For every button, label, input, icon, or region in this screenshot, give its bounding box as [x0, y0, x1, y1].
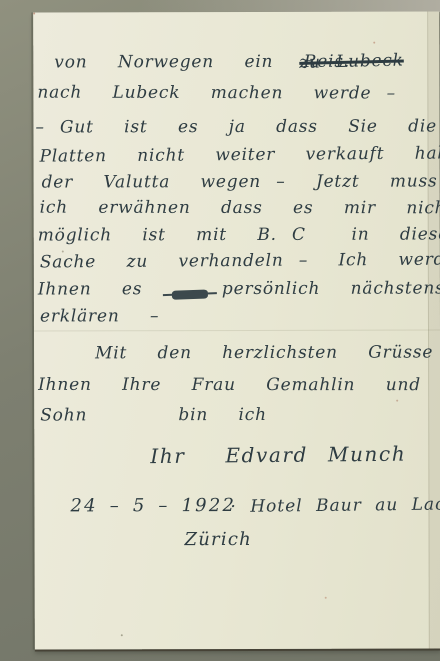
letter-paper: von Norwegen ein Reis. zu Lubeck nach Lu… [33, 11, 440, 649]
letter-line: der Valutta wegen – Jetzt muss [42, 172, 438, 192]
signature: Ihr Edvard Munch [150, 443, 406, 467]
letter-line: ich erwähnen dass es mir nicht [40, 199, 440, 218]
struck-out-text: zu Lubeck [299, 51, 404, 72]
scribbled-out-word [172, 289, 208, 299]
letter-line: Platten nicht weiter verkauft haben [39, 144, 440, 166]
paper-speck [33, 13, 35, 15]
hotel-line: · Hotel Baur au Lac [230, 496, 440, 517]
closing-line: Ihnen Ihre Frau Gemahlin und [38, 376, 421, 395]
letter-line: – Gut ist es ja dass Sie die [35, 117, 437, 137]
date-line: 24 – 5 – 1922 [70, 496, 236, 516]
closing-line: Sohn bin ich [40, 406, 267, 425]
letter-line: Sache zu verhandeln – Ich werde [40, 251, 440, 273]
letter-line: Ihnen es [38, 280, 142, 299]
letter-photo: von Norwegen ein Reis. zu Lubeck nach Lu… [0, 0, 440, 661]
horizontal-fold-line [34, 329, 440, 331]
letter-line: nach Lubeck machen werde – [37, 84, 396, 104]
closing-line: Mit den herzlichsten Grüsse an [95, 343, 440, 363]
letter-line: persönlich nächstens [222, 279, 440, 298]
city-line: Zürich [185, 530, 252, 550]
letter-line: möglich ist mit B. C in dieser [38, 225, 440, 245]
background-highlight [140, 0, 440, 12]
letter-line: erklären – [40, 307, 159, 326]
